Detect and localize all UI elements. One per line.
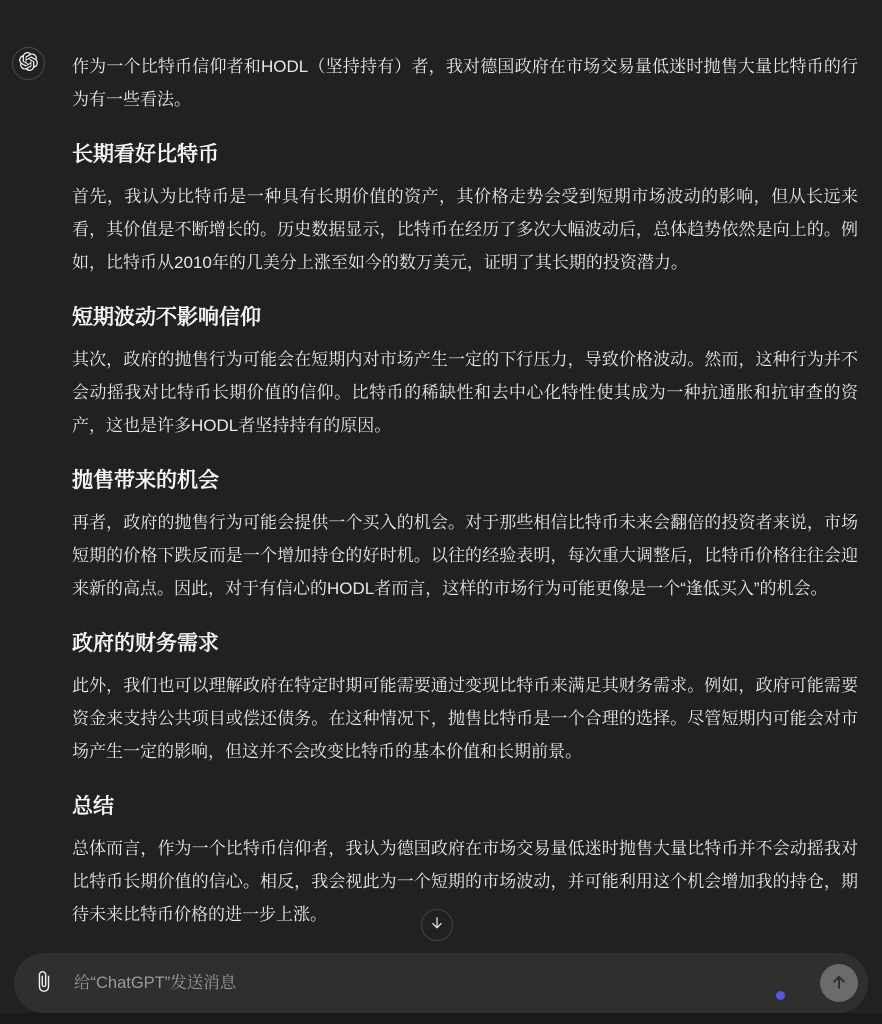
chat-window: 作为一个比特币信仰者和HODL（坚持持有）者，我对德国政府在市场交易量低迷时抛售… xyxy=(0,0,882,1024)
attach-button[interactable] xyxy=(31,971,55,995)
arrow-up-icon xyxy=(829,972,849,995)
scroll-to-bottom-button[interactable] xyxy=(421,909,453,941)
message-intro: 作为一个比特币信仰者和HODL（坚持持有）者，我对德国政府在市场交易量低迷时抛售… xyxy=(72,50,858,116)
paperclip-icon xyxy=(32,970,55,996)
section-paragraph-5: 总体而言，作为一个比特币信仰者，我认为德国政府在市场交易量低迷时抛售大量比特币并… xyxy=(72,832,858,931)
assistant-avatar xyxy=(12,47,45,80)
typing-indicator-dot xyxy=(776,991,785,1000)
section-heading-1: 长期看好比特币 xyxy=(72,142,858,168)
composer xyxy=(14,953,868,1013)
message-input[interactable] xyxy=(74,974,778,993)
section-heading-4: 政府的财务需求 xyxy=(72,631,858,657)
section-paragraph-3: 再者，政府的抛售行为可能会提供一个买入的机会。对于那些相信比特币未来会翻倍的投资… xyxy=(72,506,858,605)
bottom-strip xyxy=(0,1013,882,1024)
section-heading-3: 抛售带来的机会 xyxy=(72,468,858,494)
section-paragraph-2: 其次，政府的抛售行为可能会在短期内对市场产生一定的下行压力，导致价格波动。然而，… xyxy=(72,343,858,442)
arrow-down-icon xyxy=(428,914,446,937)
openai-logo-icon xyxy=(19,52,38,76)
send-button[interactable] xyxy=(820,964,858,1002)
section-paragraph-4: 此外，我们也可以理解政府在特定时期可能需要通过变现比特币来满足其财务需求。例如，… xyxy=(72,669,858,768)
section-paragraph-1: 首先，我认为比特币是一种具有长期价值的资产，其价格走势会受到短期市场波动的影响，… xyxy=(72,180,858,279)
section-heading-2: 短期波动不影响信仰 xyxy=(72,305,858,331)
section-heading-5: 总结 xyxy=(72,794,858,820)
assistant-message: 作为一个比特币信仰者和HODL（坚持持有）者，我对德国政府在市场交易量低迷时抛售… xyxy=(72,50,858,946)
